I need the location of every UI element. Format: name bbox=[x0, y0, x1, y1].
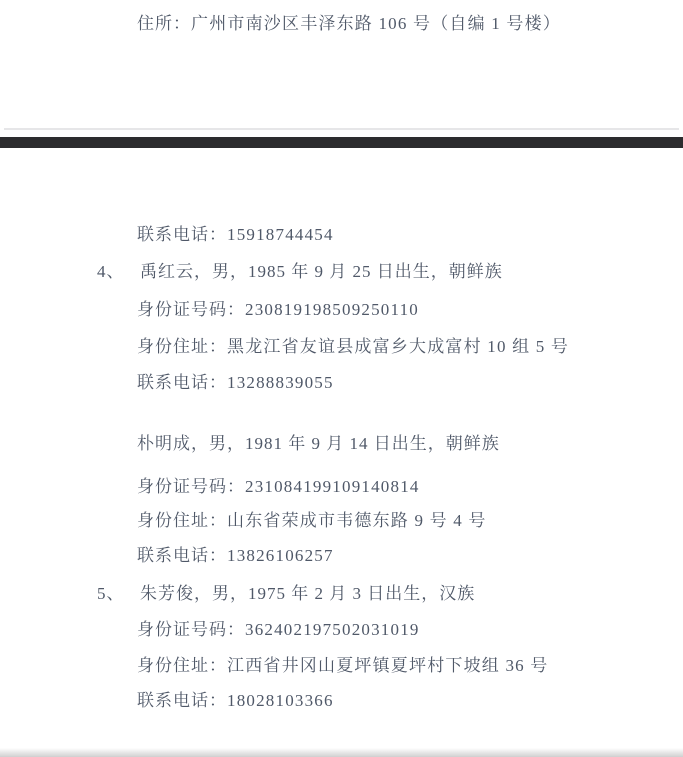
address-value: 山东省荣成市韦德东路 9 号 4 号 bbox=[227, 511, 487, 530]
id-number-label: 身份证号码： bbox=[137, 620, 245, 639]
address-label: 身份住址： bbox=[137, 511, 227, 530]
phone-value: 13288839055 bbox=[227, 373, 334, 392]
address-line: 身份住址：黑龙江省友谊县成富乡大成富村 10 组 5 号 bbox=[137, 337, 569, 357]
address-value: 江西省井冈山夏坪镇夏坪村下坡组 36 号 bbox=[227, 656, 549, 675]
id-number-label: 身份证号码： bbox=[137, 300, 245, 319]
phone-line: 联系电话：13826106257 bbox=[137, 546, 334, 566]
address-line: 身份住址：江西省井冈山夏坪镇夏坪村下坡组 36 号 bbox=[137, 656, 549, 676]
phone-line: 联系电话：13288839055 bbox=[137, 373, 334, 393]
address-value: 黑龙江省友谊县成富乡大成富村 10 组 5 号 bbox=[227, 337, 569, 356]
person-intro-line: 朴明成，男，1981 年 9 月 14 日出生，朝鲜族 bbox=[137, 434, 500, 454]
phone-line: 联系电话：18028103366 bbox=[137, 691, 334, 711]
id-number-label: 身份证号码： bbox=[137, 477, 245, 496]
list-number: 4、 bbox=[97, 262, 125, 282]
phone-label: 联系电话： bbox=[137, 225, 227, 244]
id-number-line: 身份证号码：362402197502031019 bbox=[137, 620, 420, 640]
person-intro-line: 禹红云，男，1985 年 9 月 25 日出生，朝鲜族 bbox=[140, 262, 503, 282]
page-divider-bar bbox=[0, 137, 683, 148]
id-number-line: 身份证号码：230819198509250110 bbox=[137, 300, 419, 320]
id-number-line: 身份证号码：231084199109140814 bbox=[137, 477, 420, 497]
phone-line: 联系电话：15918744454 bbox=[137, 225, 334, 245]
address-label: 身份住址： bbox=[137, 337, 227, 356]
phone-label: 联系电话： bbox=[137, 546, 227, 565]
page-bottom-shadow bbox=[0, 748, 683, 757]
phone-value: 15918744454 bbox=[227, 225, 334, 244]
list-number: 5、 bbox=[97, 584, 125, 604]
scanned-document: 住所：广州市南沙区丰泽东路 106 号（自编 1 号楼） 联系电话：159187… bbox=[0, 0, 683, 757]
address-label: 身份住址： bbox=[137, 656, 227, 675]
phone-label: 联系电话： bbox=[137, 373, 227, 392]
id-number-value: 231084199109140814 bbox=[245, 477, 420, 496]
phone-label: 联系电话： bbox=[137, 691, 227, 710]
residence-label: 住所： bbox=[137, 14, 191, 33]
phone-value: 13826106257 bbox=[227, 546, 334, 565]
page-edge-line bbox=[4, 128, 679, 130]
id-number-value: 230819198509250110 bbox=[245, 300, 419, 319]
id-number-value: 362402197502031019 bbox=[245, 620, 420, 639]
person-intro-line: 朱芳俊，男，1975 年 2 月 3 日出生，汉族 bbox=[140, 584, 475, 604]
address-line: 身份住址：山东省荣成市韦德东路 9 号 4 号 bbox=[137, 511, 487, 531]
residence-line: 住所：广州市南沙区丰泽东路 106 号（自编 1 号楼） bbox=[137, 14, 561, 34]
residence-value: 广州市南沙区丰泽东路 106 号（自编 1 号楼） bbox=[191, 14, 561, 33]
phone-value: 18028103366 bbox=[227, 691, 334, 710]
